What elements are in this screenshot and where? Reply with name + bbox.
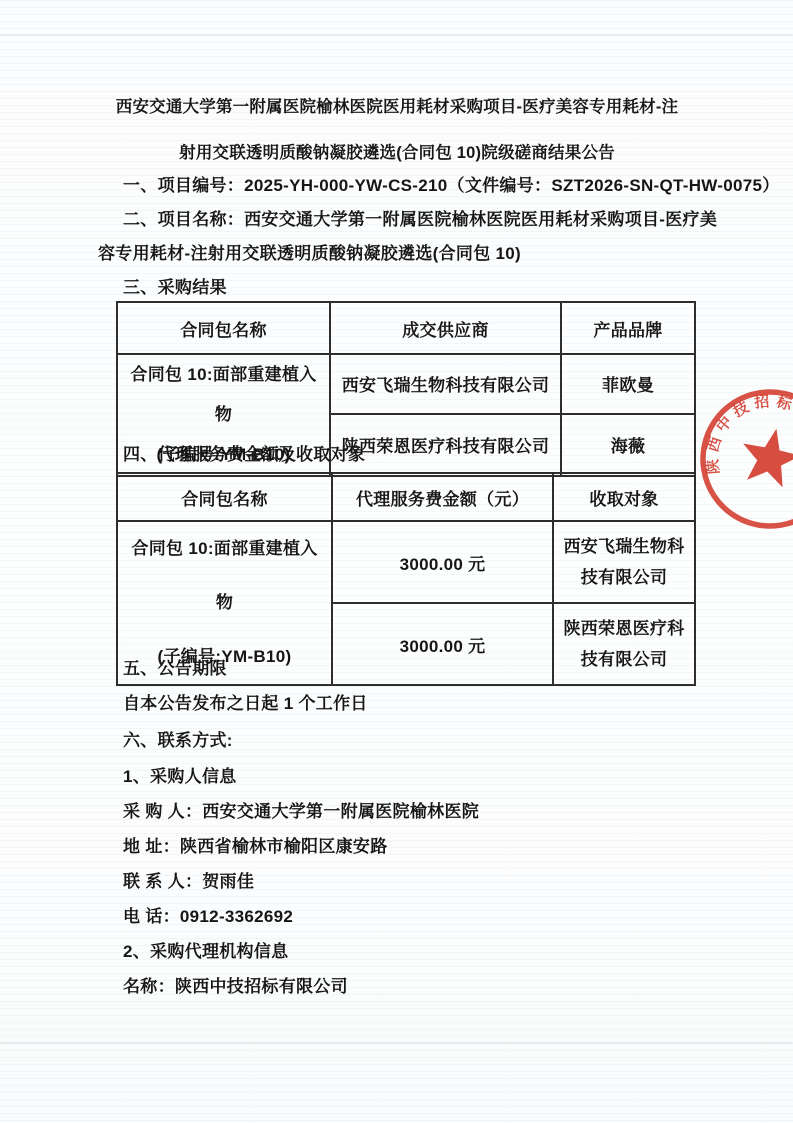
scan-artifact: [0, 1042, 793, 1044]
section-project-name-line-2: 容专用耗材-注射用交联透明质酸钠凝胶遴选(合同包 10): [98, 243, 521, 265]
result-table-brand-1: 菲欧曼: [561, 354, 695, 414]
seal-ring: [691, 380, 793, 539]
buyer-address-line: 地 址：陕西省榆林市榆阳区康安路: [123, 836, 388, 858]
result-table-header-supplier: 成交供应商: [330, 302, 561, 354]
fee-table-header-fee: 代理服务费金额（元）: [332, 473, 553, 521]
buyer-contact-line: 联 系 人：贺雨佳: [123, 871, 254, 893]
document-title-line-2: 射用交联透明质酸钠凝胶遴选(合同包 10)院级磋商结果公告: [97, 142, 697, 164]
agency-name-line: 名称：陕西中技招标有限公司: [123, 976, 348, 998]
scan-artifact: [0, 34, 793, 36]
result-table-header-brand: 产品品牌: [561, 302, 695, 354]
section-notice-period-heading: 五、公告期限: [123, 658, 227, 680]
document-page: 西安交通大学第一附属医院榆林医院医用耗材采购项目-医疗美容专用耗材-注 射用交联…: [0, 0, 793, 1123]
fee-table-amount-1: 3000.00 元: [332, 521, 553, 603]
seal-arc-text: 陕西中技招标有限公司: [699, 380, 793, 502]
section-agency-fee-heading: 四、代理服务费金额及收取对象: [123, 444, 365, 466]
fee-table-header-package: 合同包名称: [117, 473, 332, 521]
document-title-line-1: 西安交通大学第一附属医院榆林医院医用耗材采购项目-医疗美容专用耗材-注: [97, 96, 697, 118]
notice-period-body: 自本公告发布之日起 1 个工作日: [123, 693, 368, 715]
fee-table-amount-2: 3000.00 元: [332, 603, 553, 685]
fee-table-payee-2: 陕西荣恩医疗科技有限公司: [553, 603, 695, 685]
section-project-name-line-1: 二、项目名称：西安交通大学第一附属医院榆林医院医用耗材采购项目-医疗美: [123, 209, 717, 231]
section-procurement-result-heading: 三、采购结果: [123, 277, 227, 299]
agency-info-heading: 2、采购代理机构信息: [123, 941, 288, 963]
buyer-phone-line: 电 话：0912-3362692: [123, 906, 293, 928]
agency-fee-table: 合同包名称 代理服务费金额（元） 收取对象 合同包 10:面部重建植入物 (子编…: [116, 472, 696, 686]
seal-star-icon: [736, 423, 793, 490]
result-table-header-package: 合同包名称: [117, 302, 330, 354]
package-name: 合同包 10:面部重建植入物: [124, 355, 323, 435]
section-project-number: 一、项目编号：2025-YH-000-YW-CS-210（文件编号：SZT202…: [123, 175, 780, 197]
result-table-supplier-1: 西安飞瑞生物科技有限公司: [330, 354, 561, 414]
section-contact-heading: 六、联系方式:: [123, 730, 233, 752]
fee-table-header-payee: 收取对象: [553, 473, 695, 521]
result-table-brand-2: 海薇: [561, 414, 695, 476]
fee-table-payee-1: 西安飞瑞生物科技有限公司: [553, 521, 695, 603]
package-name: 合同包 10:面部重建植入物: [124, 522, 325, 630]
buyer-info-heading: 1、采购人信息: [123, 766, 237, 788]
buyer-name-line: 采 购 人：西安交通大学第一附属医院榆林医院: [123, 801, 479, 823]
